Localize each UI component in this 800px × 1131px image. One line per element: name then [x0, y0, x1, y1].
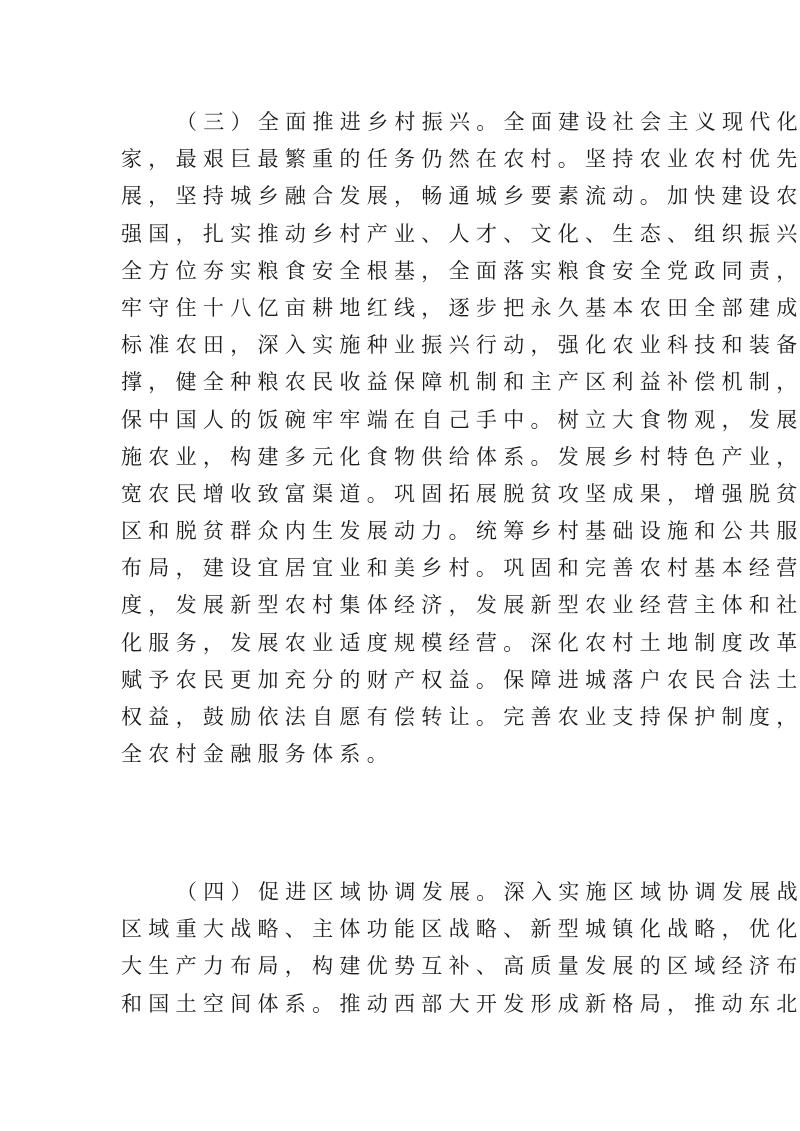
paragraph-line: （三）全面推进乡村振兴。全面建设社会主义现代化国: [121, 104, 683, 141]
paragraph-line: 全农村金融服务体系。: [121, 736, 683, 773]
paragraph-rural-revitalization: （三）全面推进乡村振兴。全面建设社会主义现代化国 家，最艰巨最繁重的任务仍然在农…: [121, 104, 683, 773]
paragraph-line: 牢守住十八亿亩耕地红线，逐步把永久基本农田全部建成高: [121, 290, 683, 327]
paragraph-line: 撑，健全种粮农民收益保障机制和主产区利益补偿机制，确: [121, 364, 683, 401]
paragraph-line: 宽农民增收致富渠道。巩固拓展脱贫攻坚成果，增强脱贫地: [121, 476, 683, 513]
paragraph-line: 施农业，构建多元化食物供给体系。发展乡村特色产业，拓: [121, 439, 683, 476]
paragraph-line: 强国，扎实推动乡村产业、人才、文化、生态、组织振兴。: [121, 216, 683, 253]
paragraph-line: 赋予农民更加充分的财产权益。保障进城落户农民合法土地: [121, 662, 683, 699]
paragraph-line: 度，发展新型农村集体经济，发展新型农业经营主体和社会: [121, 587, 683, 624]
paragraph-line: 权益，鼓励依法自愿有偿转让。完善农业支持保护制度，健: [121, 699, 683, 736]
paragraph-regional-development: （四）促进区域协调发展。深入实施区域协调发展战略、 区域重大战略、主体功能区战略…: [121, 874, 683, 1023]
paragraph-line: 大生产力布局，构建优势互补、高质量发展的区域经济布局: [121, 948, 683, 985]
paragraph-line: 家，最艰巨最繁重的任务仍然在农村。坚持农业农村优先发: [121, 141, 683, 178]
paragraph-line: （四）促进区域协调发展。深入实施区域协调发展战略、: [121, 874, 683, 911]
paragraph-line: 区域重大战略、主体功能区战略、新型城镇化战略，优化重: [121, 911, 683, 948]
document-page: （三）全面推进乡村振兴。全面建设社会主义现代化国 家，最艰巨最繁重的任务仍然在农…: [0, 0, 800, 1131]
paragraph-line: 区和脱贫群众内生发展动力。统筹乡村基础设施和公共服务: [121, 513, 683, 550]
paragraph-line: 化服务，发展农业适度规模经营。深化农村土地制度改革，: [121, 625, 683, 662]
paragraph-line: 展，坚持城乡融合发展，畅通城乡要素流动。加快建设农业: [121, 178, 683, 215]
paragraph-line: 标准农田，深入实施种业振兴行动，强化农业科技和装备支: [121, 327, 683, 364]
paragraph-line: 全方位夯实粮食安全根基，全面落实粮食安全党政同责，牢: [121, 253, 683, 290]
paragraph-line: 保中国人的饭碗牢牢端在自己手中。树立大食物观，发展设: [121, 402, 683, 439]
paragraph-line: 和国土空间体系。推动西部大开发形成新格局，推动东北全: [121, 986, 683, 1023]
paragraph-line: 布局，建设宜居宜业和美乡村。巩固和完善农村基本经营制: [121, 550, 683, 587]
